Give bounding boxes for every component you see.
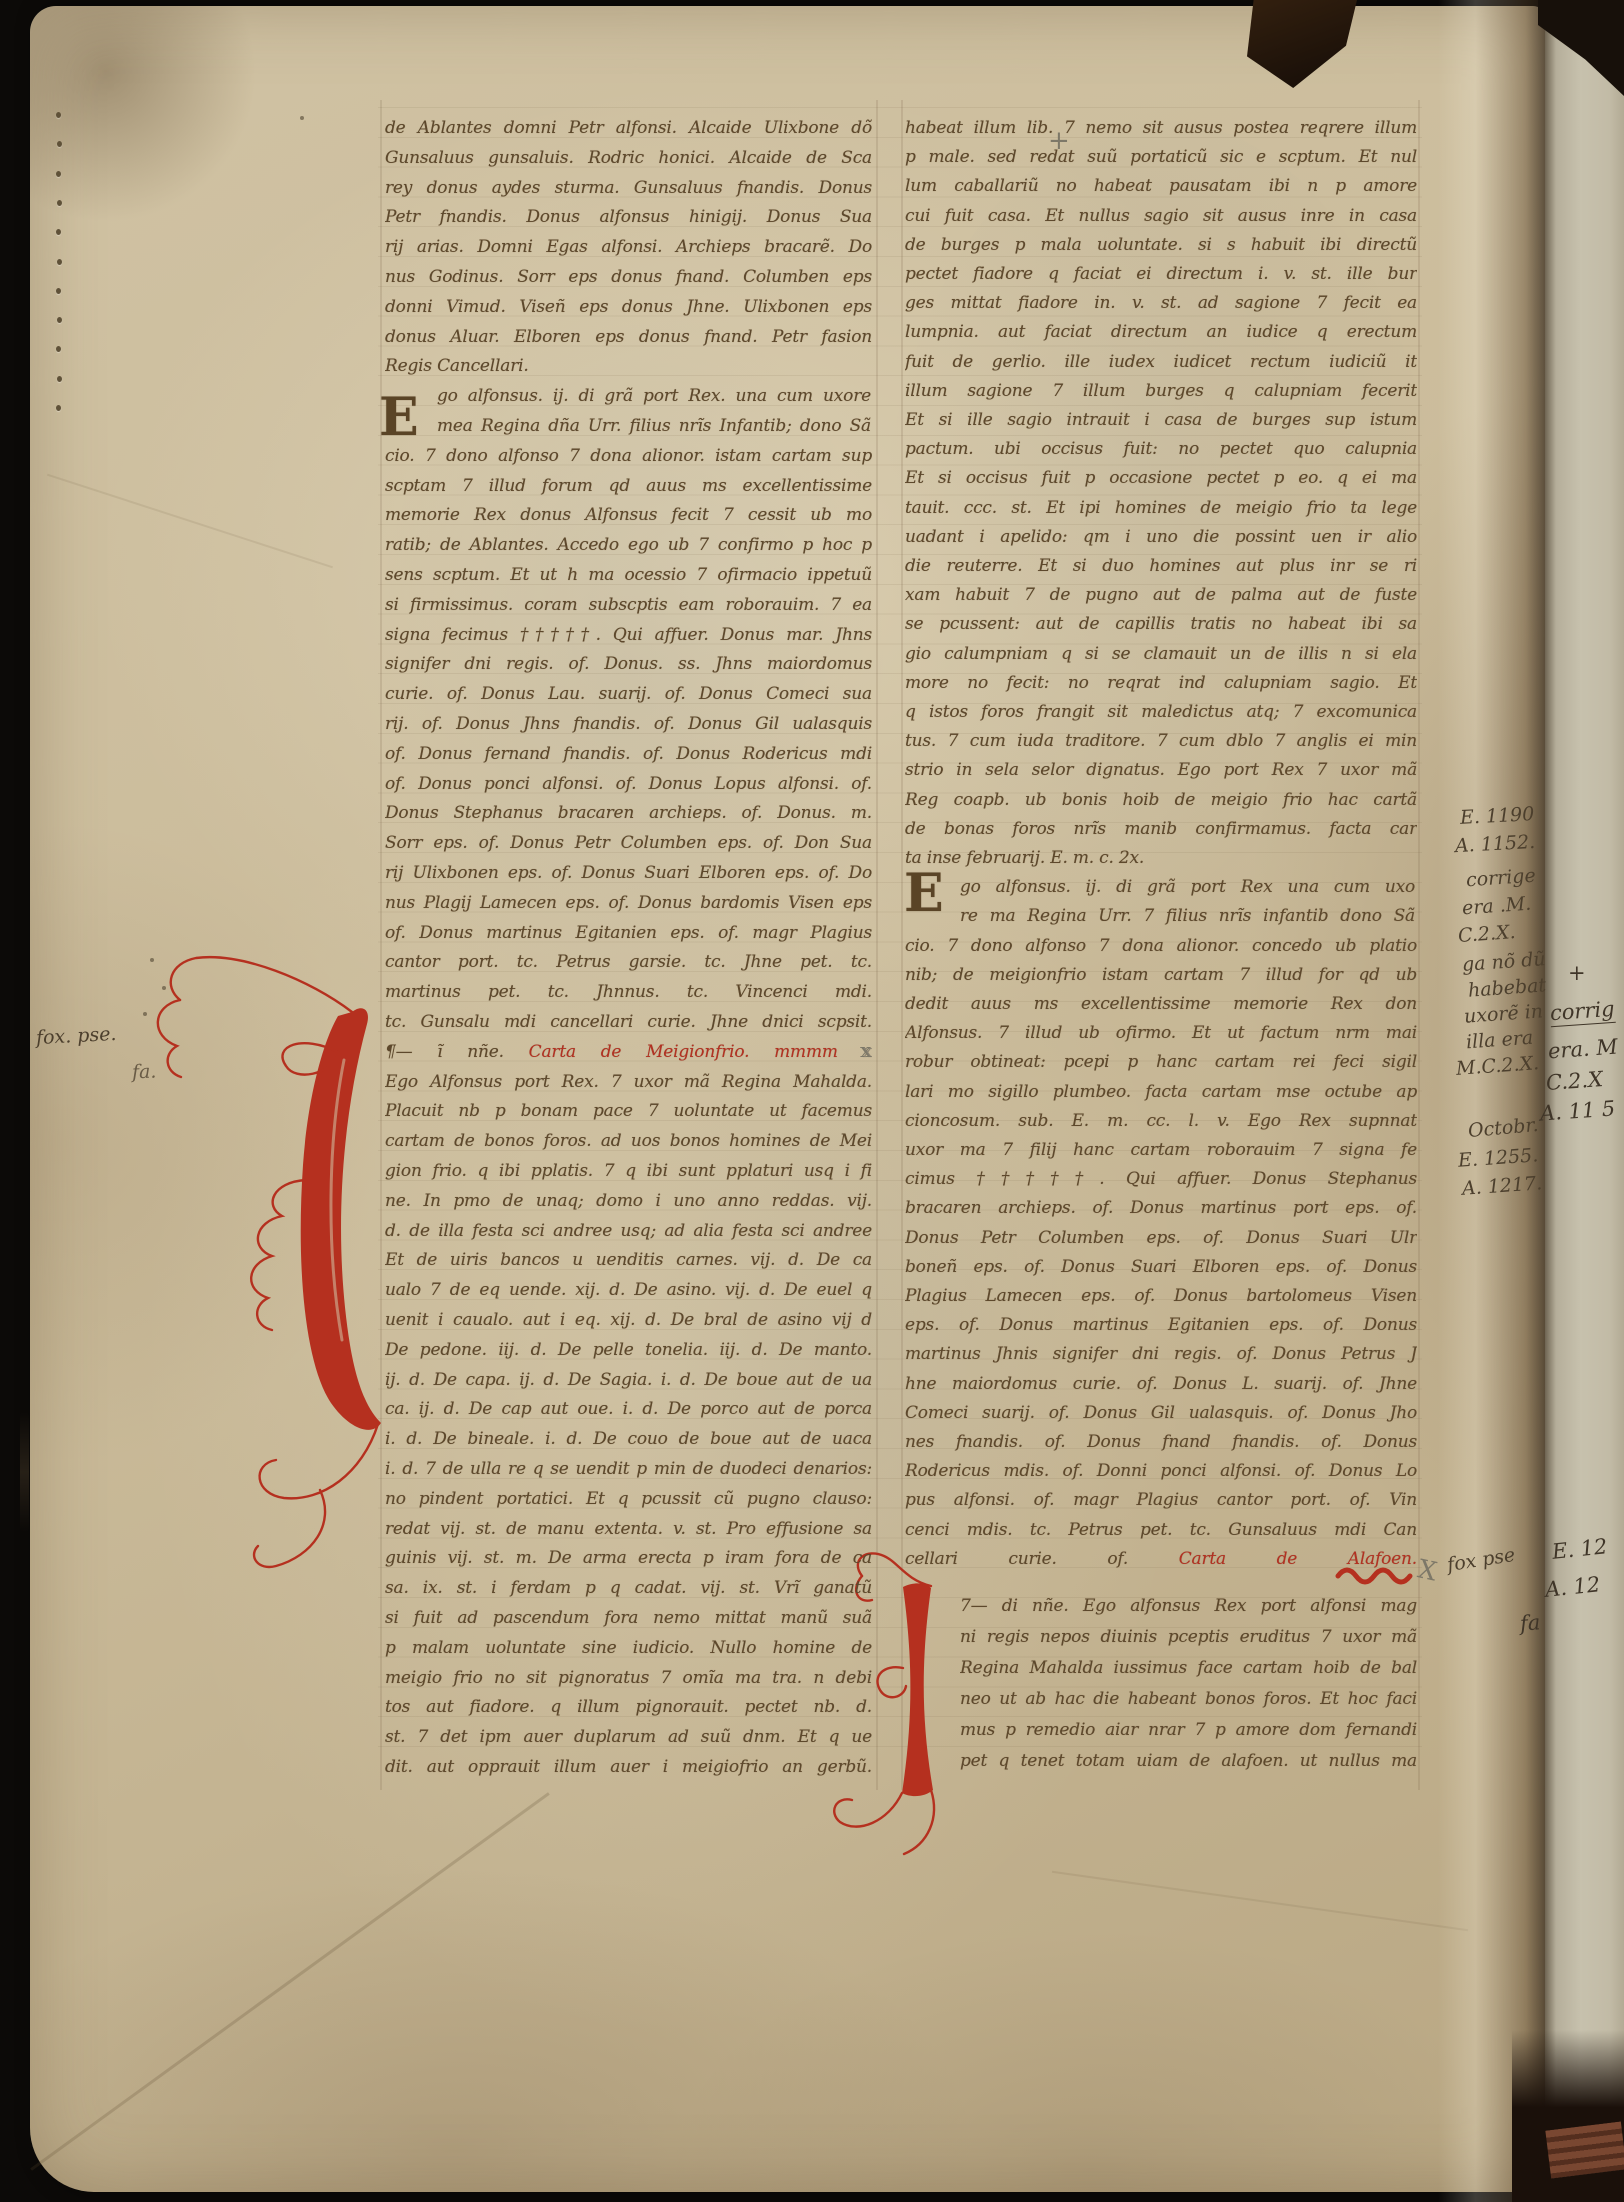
marginal-note: +	[1568, 962, 1586, 985]
body-text: Regina Mahalda iussimus face cartam hoib…	[960, 1658, 1417, 1678]
body-text: pet q tenet totam uiam de alafoen. ut nu…	[960, 1751, 1417, 1771]
text-line: ni regis nepos diuinis pceptis eruditus …	[960, 1627, 1417, 1653]
text-line: mus p remedio aiar nrar 7 p amore dom fe…	[960, 1720, 1417, 1746]
collation-mark: x	[860, 1038, 871, 1062]
marginal-note: fa.	[132, 1062, 157, 1084]
body-text: ni regis nepos diuinis pceptis eruditus …	[960, 1627, 1417, 1647]
ink-speck	[162, 986, 166, 990]
manuscript-photo: de Ablantes domni Petr alfonsi. Alcaide …	[0, 0, 1624, 2202]
text-line: 7— di nñe. Ego alfonsus Rex port alfonsi…	[960, 1596, 1417, 1622]
pricking-hole	[56, 346, 61, 352]
pricking-hole	[56, 112, 61, 118]
drop-initial: E	[379, 392, 419, 444]
pricking-hole	[56, 288, 61, 294]
body-text: 7— di nñe. Ego alfonsus Rex port alfonsi…	[960, 1596, 1417, 1616]
ink-speck	[150, 958, 154, 962]
ink-speck	[143, 1012, 147, 1016]
ink-speck	[300, 116, 304, 120]
pricking-hole	[57, 317, 62, 323]
pricking-hole	[56, 229, 61, 235]
pricking-hole	[57, 376, 62, 382]
marginal-note: fa	[1519, 1611, 1541, 1635]
pricking-hole	[57, 141, 62, 147]
marginal-note: C.2.X.	[1457, 922, 1516, 947]
text-line: pet q tenet totam uiam de alafoen. ut nu…	[960, 1751, 1417, 1777]
marginal-note: C.2.X	[1545, 1068, 1603, 1095]
text-layer: de Ablantes domni Petr alfonsi. Alcaide …	[0, 0, 1624, 2202]
drop-initial: E	[904, 868, 944, 920]
body-text: mus p remedio aiar nrar 7 p amore dom fe…	[960, 1720, 1417, 1740]
marginal-note: E. 1190	[1460, 804, 1535, 829]
body-text: neo ut ab hac die habeant bonos foros. E…	[960, 1689, 1417, 1709]
right-column-lower: 7— di nñe. Ego alfonsus Rex port alfonsi…	[0, 0, 1624, 2202]
marginal-note: corrig	[1549, 998, 1615, 1028]
marginal-note: A. 1152.	[1455, 832, 1536, 857]
pricking-hole	[57, 200, 62, 206]
collation-mark: +	[1048, 126, 1070, 156]
text-line: Regina Mahalda iussimus face cartam hoib…	[960, 1658, 1417, 1684]
pricking-hole	[56, 171, 61, 177]
pricking-hole	[56, 405, 61, 411]
marginal-note: fox. pse.	[36, 1024, 117, 1049]
pricking-hole	[57, 259, 62, 265]
marginal-note: era. M	[1547, 1036, 1618, 1064]
text-line: neo ut ab hac die habeant bonos foros. E…	[960, 1689, 1417, 1715]
